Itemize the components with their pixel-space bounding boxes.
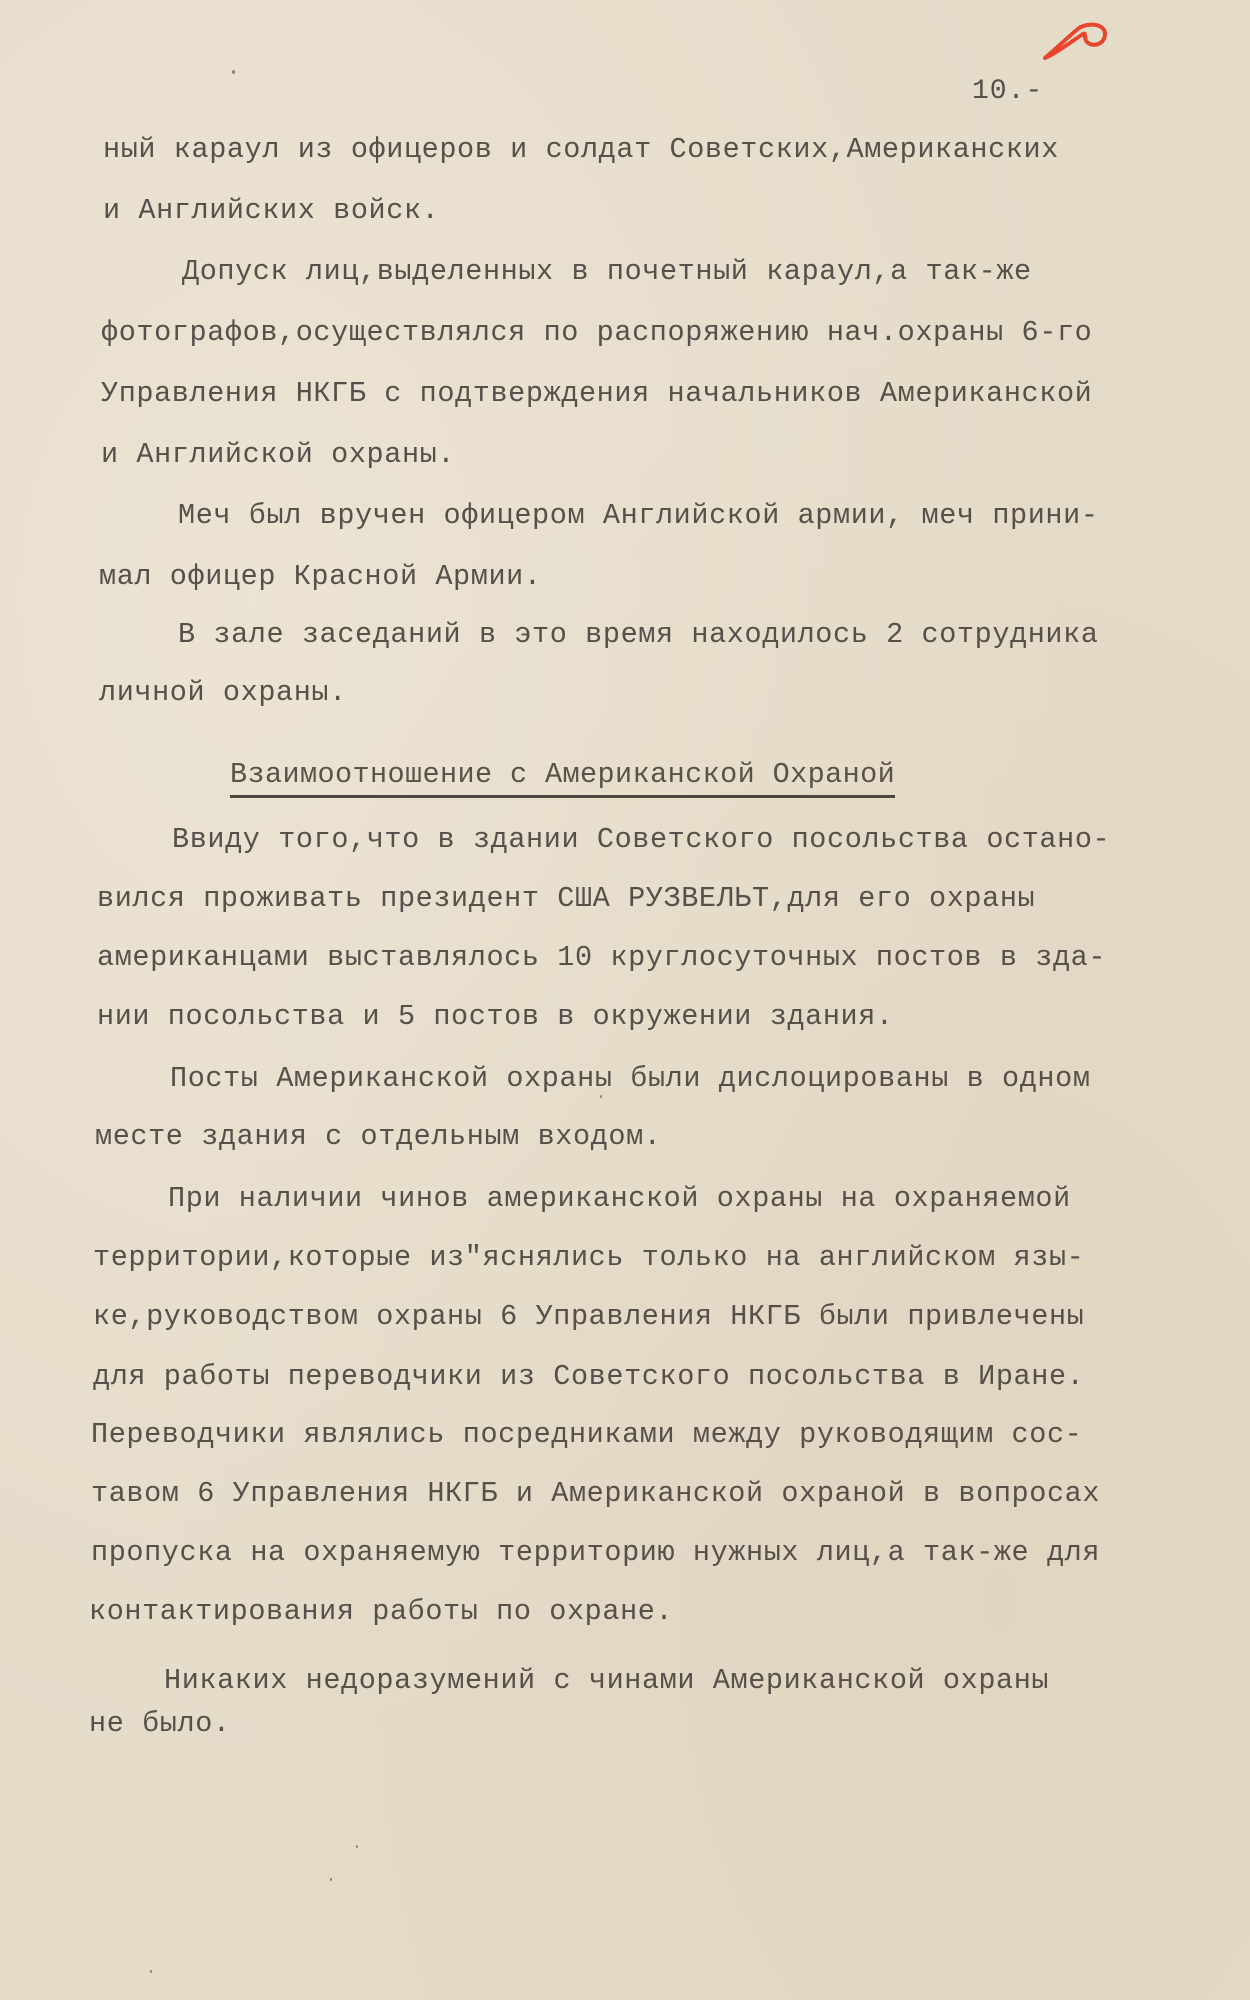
section-heading: Взаимоотношение с Американской Охраной [230,758,895,798]
text-line: вился проживать президент США РУЗВЕЛЬТ,д… [97,882,1035,915]
text-line: и Английской охраны. [101,438,455,471]
text-line: Меч был вручен офицером Английской армии… [178,499,1099,532]
text-line: американцами выставлялось 10 круглосуточ… [97,941,1106,974]
text-line: Посты Американской охраны были дислоциро… [170,1062,1091,1095]
text-line: не было. [89,1707,231,1740]
paper-speck [330,1878,332,1881]
text-line: фотографов,осуществлялся по распоряжению… [101,316,1092,349]
text-line: контактирования работы по охране. [89,1595,673,1628]
red-folio-mark-icon [1035,22,1115,66]
paper-speck [232,70,235,74]
paper-speck [150,1970,152,1973]
text-line: пропуска на охраняемую территорию нужных… [91,1536,1100,1569]
text-line: При наличии чинов американской охраны на… [168,1182,1071,1215]
text-line: Ввиду того,что в здании Советского посол… [172,823,1110,856]
text-line: ный караул из офицеров и солдат Советски… [103,133,1059,166]
text-line: месте здания с отдельным входом. [95,1120,662,1153]
text-line: и Английских войск. [103,194,439,227]
text-line: для работы переводчики из Советского пос… [93,1360,1084,1393]
paper-speck [356,1845,358,1848]
text-line: Переводчики являлись посредниками между … [91,1418,1082,1451]
typewritten-document-page: 10.- ный караул из офицеров и солдат Сов… [0,0,1250,2000]
text-line: мал офицер Красной Армии. [99,560,542,593]
text-line: тавом 6 Управления НКГБ и Американской о… [91,1477,1100,1510]
text-line: Управления НКГБ с подтверждения начальни… [101,377,1092,410]
text-line: территории,которые из"яснялись только на… [93,1241,1084,1274]
text-line: нии посольства и 5 постов в окружении зд… [97,1000,894,1033]
text-line: ке,руководством охраны 6 Управления НКГБ… [93,1300,1084,1333]
text-line: Никаких недоразумений с чинами Американс… [164,1664,1049,1697]
text-line: личной охраны. [99,676,347,709]
text-line: В зале заседаний в это время находилось … [178,618,1099,651]
paper-speck [600,1095,602,1098]
text-line: Допуск лиц,выделенных в почетный караул,… [182,255,1032,288]
page-number: 10.- [972,76,1043,107]
